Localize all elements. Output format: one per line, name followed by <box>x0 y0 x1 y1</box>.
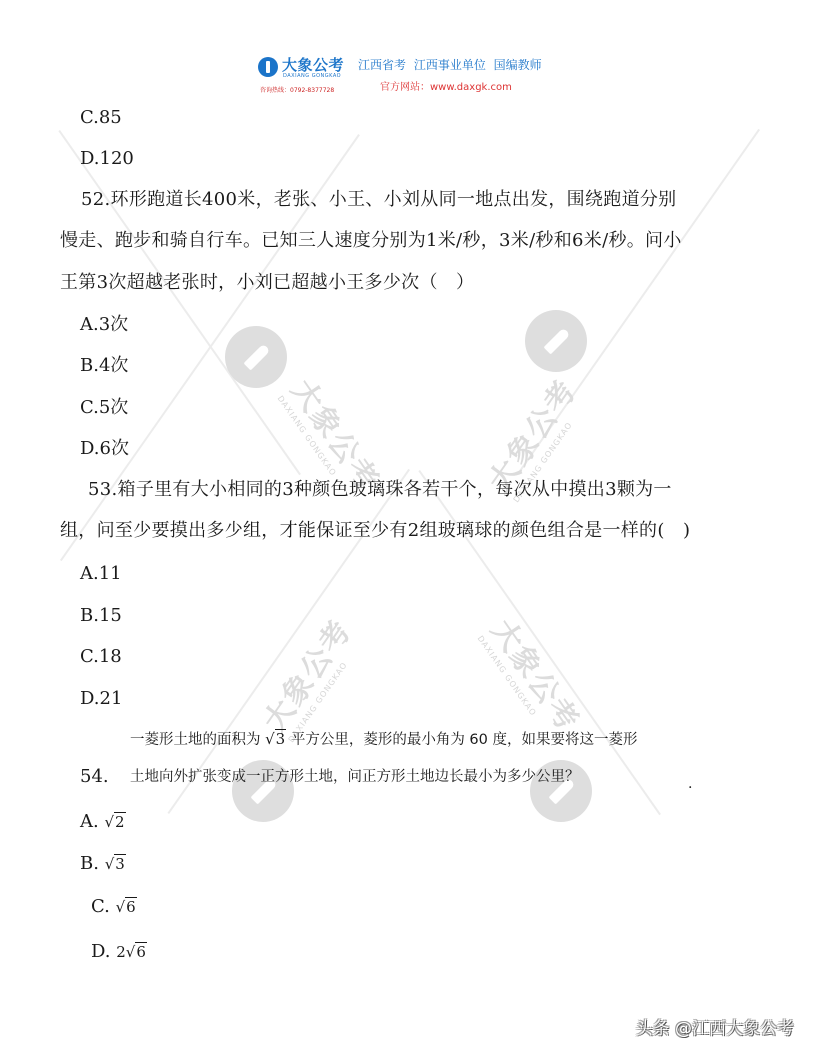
watermark-text: 大象公考DAXIANG GONGKAO <box>476 609 593 744</box>
watermark-line <box>517 129 760 474</box>
watermark-line <box>58 130 301 475</box>
sqrt-symbol: √3 <box>105 852 126 876</box>
source-watermark: 头条 @江西大象公考 <box>636 1014 794 1039</box>
q54-option-c: C. √6 <box>91 895 137 919</box>
option-label: D. <box>91 941 111 962</box>
q52-text-line: 52.环形跑道长400米，老张、小王、小刘从同一地点出发，围绕跑道分别 <box>81 188 676 212</box>
q53-option-a: A.11 <box>80 562 122 586</box>
q54-text-segment: 平方公里，菱形的最小角为 60 度，如果要将这一菱形 <box>291 732 638 748</box>
radicand: 6 <box>125 897 137 916</box>
watermark-pen-icon <box>525 310 587 372</box>
sqrt-symbol: √3 <box>265 730 286 748</box>
q52-option-c: C.5次 <box>80 396 128 420</box>
logo-pen-icon <box>258 57 278 77</box>
watermark-text: 大象公考DAXIANG GONGKAO <box>251 609 368 744</box>
radicand: 3 <box>114 854 126 873</box>
header-tags: 江西省考 江西事业单位 国编教师 <box>358 56 542 73</box>
trailing-dot: . <box>688 776 692 792</box>
sqrt-symbol: √6 <box>116 895 137 919</box>
q51-option-d: D.120 <box>80 147 134 171</box>
q52-text-line: 慢走、跑步和骑自行车。已知三人速度分别为1米/秒，3米/秒和6米/秒。问小 <box>60 229 682 253</box>
q54-number: 54. <box>80 766 109 787</box>
q54-option-d: D. 2√6 <box>91 940 147 964</box>
radicand: 2 <box>114 812 126 831</box>
q53-option-b: B.15 <box>80 604 122 628</box>
q53-text-line: 组，问至少要摸出多少组，才能保证至少有2组玻璃球的颜色组合是一样的( ) <box>60 519 690 543</box>
q54-text-segment: 一菱形土地的面积为 <box>130 732 261 748</box>
website-link[interactable]: 官方网站：www.daxgk.com <box>380 78 512 93</box>
logo-pinyin: DAXIANG GONGKAO <box>283 73 341 79</box>
sqrt-symbol: √2 <box>104 810 125 834</box>
page-header: 大象公考 DAXIANG GONGKAO 江西省考 江西事业单位 国编教师 咨询… <box>258 52 558 96</box>
sqrt-symbol: 2√6 <box>116 940 147 964</box>
q54-option-b: B. √3 <box>80 852 126 876</box>
q52-option-d: D.6次 <box>80 437 129 461</box>
q54-option-a: A. √2 <box>80 810 126 834</box>
radicand: 3 <box>275 729 287 748</box>
radicand: 6 <box>135 942 147 961</box>
option-label: C. <box>91 896 110 917</box>
q54-text-line-1: 一菱形土地的面积为 √3 平方公里，菱形的最小角为 60 度，如果要将这一菱形 <box>130 728 638 749</box>
q53-text-line: 53.箱子里有大小相同的3种颜色玻璃珠各若干个，每次从中摸出3颗为一 <box>88 478 672 502</box>
q53-option-c: C.18 <box>80 645 122 669</box>
q54-text-line-2: 土地向外扩张变成一正方形土地，问正方形土地边长最小为多少公里？ <box>130 765 580 786</box>
hotline: 咨询热线：0792-8377728 <box>260 85 334 94</box>
q52-text-line: 王第3次超越老张时，小刘已超越小王多少次（ ） <box>60 271 474 295</box>
watermark-pen-icon <box>225 326 287 388</box>
option-label: B. <box>80 853 99 874</box>
option-label: A. <box>80 811 99 832</box>
q51-option-c: C.85 <box>80 106 122 130</box>
q52-option-a: A.3次 <box>80 313 128 337</box>
q52-option-b: B.4次 <box>80 354 128 378</box>
q53-option-d: D.21 <box>80 687 122 711</box>
logo-name: 大象公考 <box>282 54 344 75</box>
